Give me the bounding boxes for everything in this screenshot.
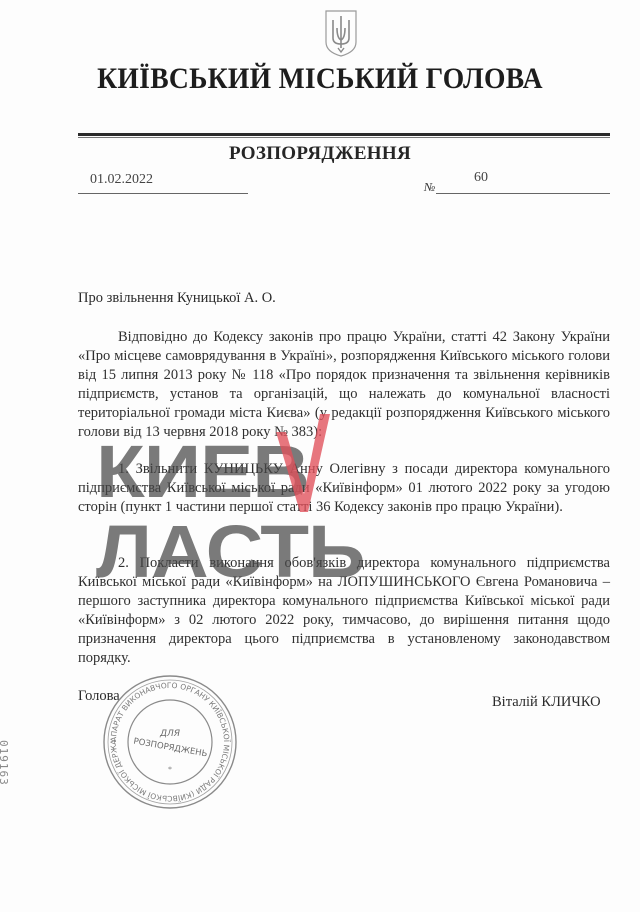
svg-text:*: * (168, 765, 172, 774)
trident-emblem-icon (323, 8, 359, 58)
document-number: 60 (474, 170, 488, 186)
header-divider (78, 133, 610, 136)
order-item-2: 2. Покласти виконання обов'язків директо… (78, 554, 610, 668)
svg-text:РОЗПОРЯДЖЕНЬ: РОЗПОРЯДЖЕНЬ (133, 737, 209, 760)
document-page: КИЇВСЬКИЙ МІСЬКИЙ ГОЛОВА РОЗПОРЯДЖЕННЯ 0… (0, 0, 640, 912)
date-underline (78, 193, 248, 194)
order-item-1-text: 1. Звільнити КУНИЦЬКУ Анну Олегівну з по… (78, 461, 610, 515)
official-stamp-icon: АПАРАТ ВИКОНАВЧОГО ОРГАНУ КИЇВСЬКОЇ МІСЬ… (100, 672, 240, 812)
svg-text:ДЛЯ: ДЛЯ (159, 729, 180, 739)
document-date: 01.02.2022 (90, 172, 153, 188)
number-underline (436, 193, 610, 194)
header-divider-thin (78, 137, 610, 138)
signatory-name: Віталій КЛИЧКО (492, 694, 601, 711)
number-sign: № (424, 180, 435, 195)
serial-number: 019163 (0, 740, 10, 786)
issuer-title: КИЇВСЬКИЙ МІСЬКИЙ ГОЛОВА (26, 62, 615, 96)
document-subject: Про звільнення Куницької А. О. (78, 290, 276, 307)
preamble-text: Відповідно до Кодексу законів про працю … (78, 329, 610, 440)
document-type: РОЗПОРЯДЖЕННЯ (0, 143, 640, 165)
preamble-paragraph: Відповідно до Кодексу законів про працю … (78, 328, 610, 442)
order-item-1: 1. Звільнити КУНИЦЬКУ Анну Олегівну з по… (78, 460, 610, 517)
order-item-2-text: 2. Покласти виконання обов'язків директо… (78, 555, 610, 666)
